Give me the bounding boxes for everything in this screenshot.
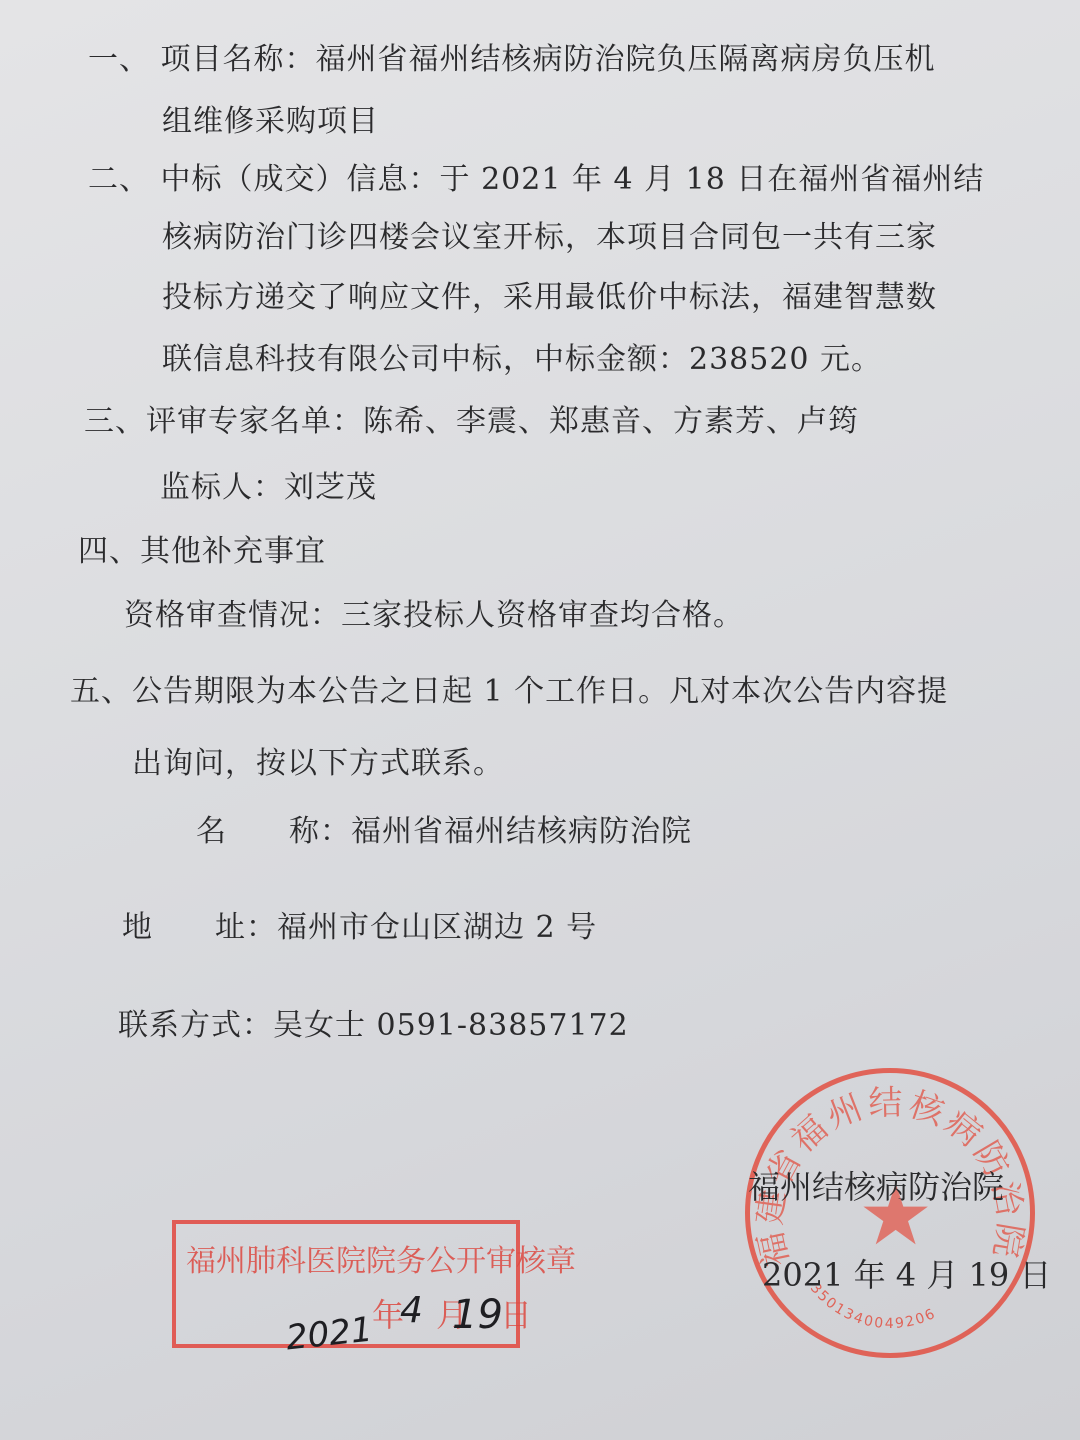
contact-name-row: 名 称：福州省福州结核病防治院 [196, 806, 692, 850]
handwritten-year: 2021 [284, 1310, 374, 1359]
section-2-line-4: 联信息科技有限公司中标，中标金额：238520 元。 [162, 334, 882, 378]
section-4-heading: 四、其他补充事宜 [78, 526, 326, 570]
signature-date: 2021 年 4 月 19 日 [762, 1250, 1051, 1296]
section-1-line-2: 组维修采购项目 [162, 96, 379, 140]
section-1-line-1: 一、 项目名称：福州省福州结核病防治院负压隔离病房负压机 [88, 34, 936, 78]
section-3-line-2: 监标人：刘芝茂 [160, 462, 377, 506]
section-2-line-2: 核病防治门诊四楼会议室开标，本项目合同包一共有三家 [162, 212, 937, 256]
handwritten-day: 19 [452, 1292, 503, 1338]
section-3-line-1: 三、评审专家名单：陈希、李震、郑惠音、方素芳、卢筠 [84, 396, 859, 440]
section-2-line-1: 二、 中标（成交）信息：于 2021 年 4 月 18 日在福州省福州结 [88, 154, 984, 198]
section-5-line-1: 五、公告期限为本公告之日起 1 个工作日。凡对本次公告内容提 [70, 666, 948, 710]
contact-phone-row: 联系方式：吴女士 0591-83857172 [118, 1000, 629, 1044]
handwritten-month: 4 [400, 1290, 423, 1331]
document-page: 一、 项目名称：福州省福州结核病防治院负压隔离病房负压机 组维修采购项目 二、 … [0, 0, 1080, 1440]
rect-stamp-title: 福州肺科医院院务公开审核章 [186, 1236, 576, 1280]
signature-organization: 福州结核病防治院 [748, 1162, 1004, 1208]
contact-address-row: 地 址：福州市仓山区湖边 2 号 [122, 902, 597, 946]
section-4-line-1: 资格审查情况：三家投标人资格审查均合格。 [124, 590, 744, 634]
section-5-line-2: 出询问，按以下方式联系。 [132, 738, 504, 782]
official-round-seal: 福建省福州结核病防治院 3501340049206 ★ [745, 1068, 1035, 1358]
section-2-line-3: 投标方递交了响应文件，采用最低价中标法，福建智慧数 [162, 272, 937, 316]
